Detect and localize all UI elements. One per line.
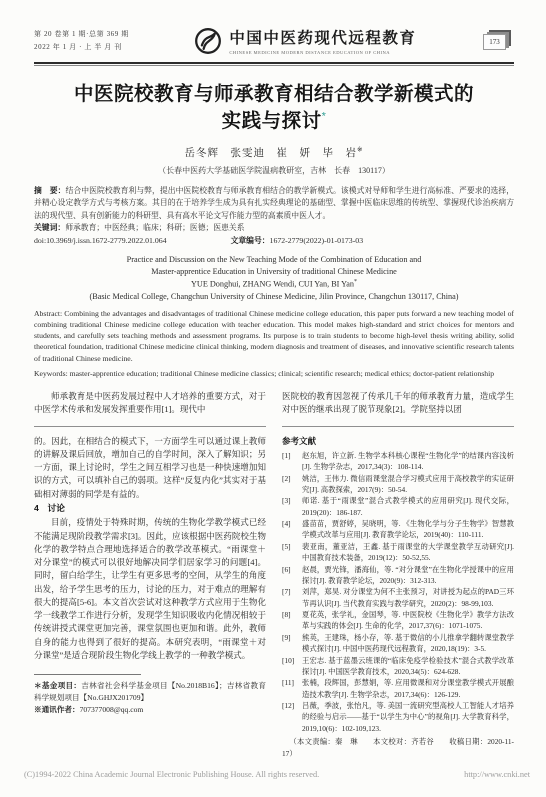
section-heading-discussion: 4 讨论 <box>34 502 266 516</box>
doi-value: doi:10.3969/j.issn.1672-2779.2022.01.064 <box>34 235 167 248</box>
en-title-line2: Master-apprentice Education in Universit… <box>34 266 514 278</box>
reference-number: [11] <box>282 677 302 700</box>
affiliation: （长春中医药大学基础医学院温病教研室，吉林 长春 130117） <box>34 165 514 176</box>
keywords-label: 关键词： <box>34 223 65 232</box>
header-divider <box>34 62 514 66</box>
article-title-line1: 中医院校教育与师承教育相结合教学新模式的 <box>34 81 514 108</box>
page-number: 173 <box>483 34 506 50</box>
reference-list: [1] 赵东旭，许立新. 生物学本科核心课程“生物化学”的结课内容浅析[J]. … <box>282 450 514 734</box>
reference-number: [2] <box>282 473 302 496</box>
reference-item: [10] 王宏志. 基于蓝墨云班课的“临床免疫学检验技术”混合式教学改革探讨[J… <box>282 655 514 678</box>
en-affiliation: (Basic Medical College, Changchun Univer… <box>34 291 514 303</box>
reference-number: [4] <box>282 518 302 541</box>
reference-text: 姚洁，王伟力. 微信雨课堂混合学习模式应用于高校教学的实证研究[J]. 高教探索… <box>302 473 514 496</box>
body-columns: 师承教育是中医药发展过程中人才培养的重要方式，对于中医学术传承和发展发挥重要作用… <box>34 390 514 759</box>
continued-paragraph: 的。因此，在相结合的模式下，一方面学生可以通过课上教师的讲解及课后回放，增加自己… <box>34 435 266 501</box>
reference-item: [5] 裴亚南，董亚洁，王鑫. 基于雨课堂的大学课堂教学互动研究[J]. 中国教… <box>282 541 514 564</box>
article-break-divider-right <box>282 426 514 427</box>
reference-item: [7] 刘萍，郑昊. 对分课堂为何不主张预习，对讲授为起点的PAD三环节再认识[… <box>282 586 514 609</box>
footer-copyright: (C)1994-2022 China Academic Journal Elec… <box>24 770 319 779</box>
reference-number: [9] <box>282 632 302 655</box>
journal-logo-icon <box>194 27 222 55</box>
journal-page: 第 20 卷第 1 期·总第 369 期 2022 年 1 月 · 上 半 月 … <box>0 0 546 759</box>
cnki-footer: (C)1994-2022 China Academic Journal Elec… <box>24 770 530 779</box>
article-title: 中医院校教育与师承教育相结合教学新模式的 实践与探讨* <box>34 81 514 136</box>
reference-number: [7] <box>282 586 302 609</box>
reference-text: 夏花英，张学礼，金国琴，等. 中医院校《生物化学》教学方法改革与实践的体会[J]… <box>302 609 514 632</box>
keywords-cn: 关键词：师承教育；中医经典；临床；科研；医德；医患关系 <box>34 222 514 235</box>
reference-number: [1] <box>282 450 302 473</box>
journal-title-block: 中国中医药现代远程教育 CHINESE MEDICINE MODERN DIST… <box>229 26 416 55</box>
footnote-divider <box>34 674 141 675</box>
article-number: 文章编号：1672-2779(2022)-01-0173-03 <box>231 235 364 248</box>
contact-note: ※通讯作者：707377008@qq.com <box>34 704 266 716</box>
reference-text: 盛苗苗，贾舒婷，吴晓明，等. 《生物化学与分子生物学》智慧教学模式改革与应用[J… <box>302 518 514 541</box>
doi-line: doi:10.3969/j.issn.1672-2779.2022.01.064… <box>34 235 514 248</box>
english-title-block: Practice and Discussion on the New Teach… <box>34 254 514 304</box>
footer-url: http://www.cnki.net <box>464 770 530 779</box>
issue-line1: 第 20 卷第 1 期·总第 369 期 <box>34 28 129 41</box>
left-column: 师承教育是中医药发展过程中人才培养的重要方式，对于中医学术传承和发展发挥重要作用… <box>34 390 266 759</box>
discussion-paragraph: 目前，疫情处于特殊时期，传统的生物化学教学模式已经不能满足现阶段教学需求[3]。… <box>34 516 266 662</box>
page-header: 第 20 卷第 1 期·总第 369 期 2022 年 1 月 · 上 半 月 … <box>34 26 514 55</box>
reference-number: [12] <box>282 700 302 734</box>
reference-text: 王宏志. 基于蓝墨云班课的“临床免疫学检验技术”混合式教学改革探讨[J]. 中国… <box>302 655 514 678</box>
reference-text: 赵东旭，许立新. 生物学本科核心课程“生物化学”的结课内容浅析[J]. 生物学杂… <box>302 450 514 473</box>
reference-item: [2] 姚洁，王伟力. 微信雨课堂混合学习模式应用于高校教学的实证研究[J]. … <box>282 473 514 496</box>
editor-line: （本文责编：秦 琳 本文校对：齐若谷 收稿日期：2020-11-17） <box>282 736 514 759</box>
fund-note: ＊基金项目：吉林省社会科学基金项目【No.2018B16】；吉林省教育科学规划项… <box>34 680 266 704</box>
reference-item: [8] 夏花英，张学礼，金国琴，等. 中医院校《生物化学》教学方法改革与实践的体… <box>282 609 514 632</box>
references-heading: 参考文献 <box>282 435 514 448</box>
journal-name-cn: 中国中医药现代远程教育 <box>229 26 416 48</box>
reference-number: [6] <box>282 564 302 587</box>
reference-item: [11] 张楠，段辉国，彭慧娟，等. 应用微课和对分课堂教学模式开展酿造技术教学… <box>282 677 514 700</box>
corresponding-author-mark: ※ <box>357 146 363 153</box>
contact-email: 707377008@qq.com <box>80 705 144 714</box>
journal-name-en: CHINESE MEDICINE MODERN DISTANCE EDUCATI… <box>229 50 416 55</box>
journal-masthead: 中国中医药现代远程教育 CHINESE MEDICINE MODERN DIST… <box>194 26 416 55</box>
issue-line2: 2022 年 1 月 · 上 半 月 刊 <box>34 41 129 54</box>
reference-number: [5] <box>282 541 302 564</box>
issue-info: 第 20 卷第 1 期·总第 369 期 2022 年 1 月 · 上 半 月 … <box>34 28 129 53</box>
reference-item: [12] 吕薇，季波，张怡凡，等. 美国一流研究型高校人工智能人才培养的经验与启… <box>282 700 514 734</box>
reference-item: [1] 赵东旭，许立新. 生物学本科核心课程“生物化学”的结课内容浅析[J]. … <box>282 450 514 473</box>
reference-text: 师诺. 基于“雨课堂”混合式教学模式的应用研究[J]. 现代交际，2019(20… <box>302 495 514 518</box>
en-authors: YUE Donghui, ZHANG Wendi, CUI Yan, BI Ya… <box>34 278 514 291</box>
intro-paragraph-right: 医院校的教育因忽视了传承几千年的师承教育力量，造成学生对中医的继承出现了脱节现象… <box>282 390 514 417</box>
reference-item: [3] 师诺. 基于“雨课堂”混合式教学模式的应用研究[J]. 现代交际，201… <box>282 495 514 518</box>
reference-text: 吕薇，季波，张怡凡，等. 美国一流研究型高校人工智能人才培养的经验与启示——基于… <box>302 700 514 734</box>
reference-item: [9] 熊英，王建珠，杨小存，等. 基于微信的小儿推拿学翻转课堂教学模式探讨[J… <box>282 632 514 655</box>
reference-text: 张楠，段辉国，彭慧娟，等. 应用微课和对分课堂教学模式开展酿造技术教学[J]. … <box>302 677 514 700</box>
pages-stack-icon: 173 <box>482 30 514 52</box>
reference-text: 刘萍，郑昊. 对分课堂为何不主张预习，对讲授为起点的PAD三环节再认识[J]. … <box>302 586 514 609</box>
intro-paragraph-left: 师承教育是中医药发展过程中人才培养的重要方式，对于中医学术传承和发展发挥重要作用… <box>34 390 266 417</box>
en-title-line1: Practice and Discussion on the New Teach… <box>34 254 514 266</box>
reference-number: [10] <box>282 655 302 678</box>
reference-text: 熊英，王建珠，杨小存，等. 基于微信的小儿推拿学翻转课堂教学模式探讨[J]. 中… <box>302 632 514 655</box>
title-footnote-star: * <box>322 111 327 123</box>
reference-text: 赵晨，贾光锋，潘海仙，等. “对分课堂”在生物化学授课中的应用探讨[J]. 教育… <box>302 564 514 587</box>
article-title-line2: 实践与探讨* <box>34 108 514 135</box>
abstract-en: Abstract: Combining the advantages and d… <box>34 308 514 364</box>
reference-number: [8] <box>282 609 302 632</box>
right-column: 医院校的教育因忽视了传承几千年的师承教育力量，造成学生对中医的继承出现了脱节现象… <box>282 390 514 759</box>
abstract-label: 摘 要： <box>34 186 65 195</box>
reference-item: [4] 盛苗苗，贾舒婷，吴晓明，等. 《生物化学与分子生物学》智慧教学模式改革与… <box>282 518 514 541</box>
reference-item: [6] 赵晨，贾光锋，潘海仙，等. “对分课堂”在生物化学授课中的应用探讨[J]… <box>282 564 514 587</box>
author-list: 岳冬辉 张雯迪 崔 妍 毕 岩※ <box>34 145 514 160</box>
article-break-divider-left <box>34 426 266 427</box>
reference-text: 裴亚南，董亚洁，王鑫. 基于雨课堂的大学课堂教学互动研究[J]. 中国教育技术装… <box>302 541 514 564</box>
en-corresponding-mark: * <box>354 279 357 285</box>
reference-number: [3] <box>282 495 302 518</box>
keywords-en: Keywords: master-apprentice education; t… <box>34 368 514 379</box>
abstract-cn: 摘 要：结合中医院校教育利与弊，提出中医院校教育与师承教育相结合的教学新模式。该… <box>34 185 514 223</box>
